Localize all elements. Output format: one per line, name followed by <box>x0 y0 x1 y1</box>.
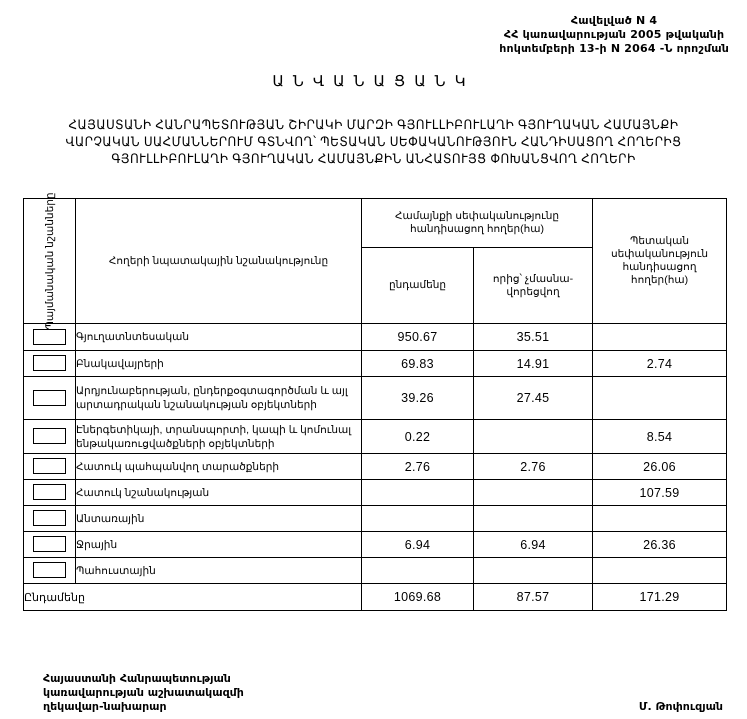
signatory-title-line-1: Հայաստանի Հանրապետության <box>43 672 244 686</box>
purpose-label: Բնակավայրերի <box>76 351 362 377</box>
symbol-cell <box>24 377 76 420</box>
table-row: Արդյունաբերության, ընդերքօգտագործման և ա… <box>24 377 727 420</box>
purpose-label: Գյուղատնտեսական <box>76 324 362 351</box>
subtitle-line-1: ՀԱՅԱՍՏԱՆԻ ՀԱՆՐԱՊԵՏՈՒԹՅԱՆ ՇԻՐԱԿԻ ՄԱՐԶԻ ԳՅ… <box>30 116 717 133</box>
purpose-label: Անտառային <box>76 506 362 532</box>
total-community: 1069.68 <box>362 584 474 611</box>
community-of-which <box>474 558 593 584</box>
community-of-which <box>474 506 593 532</box>
community-total: 69.83 <box>362 351 474 377</box>
community-total <box>362 558 474 584</box>
community-total: 950.67 <box>362 324 474 351</box>
table-row: Բնակավայրերի69.8314.912.74 <box>24 351 727 377</box>
legend-symbol-box <box>33 458 66 474</box>
purpose-label: Ջրային <box>76 532 362 558</box>
annex-line-2: ՀՀ կառավարության 2005 թվականի <box>499 28 729 42</box>
symbol-cell <box>24 506 76 532</box>
state-owned: 2.74 <box>593 351 727 377</box>
table-row: Հատուկ պահպանվող տարածքների2.762.7626.06 <box>24 454 727 480</box>
symbol-cell <box>24 420 76 454</box>
header-state-owned: Պետական սեփականություն հանդիսացող հողեր(… <box>593 199 727 324</box>
community-of-which: 35.51 <box>474 324 593 351</box>
land-allocation-table: Պայմանական նշանները Հողերի նպատակային նշ… <box>23 198 727 611</box>
purpose-label: Հատուկ նշանակության <box>76 480 362 506</box>
state-owned: 26.36 <box>593 532 727 558</box>
signatory-title-line-2: կառավարության աշխատակազմի <box>43 686 244 700</box>
state-owned <box>593 558 727 584</box>
community-of-which: 27.45 <box>474 377 593 420</box>
header-symbols: Պայմանական նշանները <box>24 199 76 324</box>
signatory-title-line-3: ղեկավար-նախարար <box>43 700 244 714</box>
purpose-label: Պահուստային <box>76 558 362 584</box>
table-row: Հատուկ նշանակության107.59 <box>24 480 727 506</box>
annex-reference: Հավելված N 4 ՀՀ կառավարության 2005 թվակա… <box>499 14 729 56</box>
community-of-which <box>474 420 593 454</box>
annex-line-1: Հավելված N 4 <box>499 14 729 28</box>
community-total: 2.76 <box>362 454 474 480</box>
purpose-label: Էներգետիկայի, տրանսպորտի, կապի և կոմունա… <box>76 420 362 454</box>
header-of-which: որից՝ չմասնա-վորեցվող <box>474 248 593 324</box>
community-total <box>362 506 474 532</box>
total-state: 171.29 <box>593 584 727 611</box>
community-of-which: 14.91 <box>474 351 593 377</box>
legend-symbol-box <box>33 484 66 500</box>
signatory-name: Մ. Թոփուզյան <box>639 700 723 713</box>
community-of-which <box>474 480 593 506</box>
legend-symbol-box <box>33 390 66 406</box>
total-of-which: 87.57 <box>474 584 593 611</box>
community-of-which: 2.76 <box>474 454 593 480</box>
purpose-label: Հատուկ պահպանվող տարածքների <box>76 454 362 480</box>
state-owned <box>593 506 727 532</box>
legend-symbol-box <box>33 329 66 345</box>
table-row: Գյուղատնտեսական950.6735.51 <box>24 324 727 351</box>
community-total <box>362 480 474 506</box>
document-subtitle: ՀԱՅԱՍՏԱՆԻ ՀԱՆՐԱՊԵՏՈՒԹՅԱՆ ՇԻՐԱԿԻ ՄԱՐԶԻ ԳՅ… <box>30 116 717 167</box>
state-owned: 26.06 <box>593 454 727 480</box>
subtitle-line-2: ՎԱՐՉԱԿԱՆ ՍԱՀՄԱՆՆԵՐՈՒՄ ԳՏՆՎՈՂ՝ ՊԵՏԱԿԱՆ ՍԵ… <box>30 133 717 150</box>
legend-symbol-box <box>33 562 66 578</box>
header-purpose: Հողերի նպատակային նշանակությունը <box>76 199 362 324</box>
symbol-cell <box>24 480 76 506</box>
community-of-which: 6.94 <box>474 532 593 558</box>
legend-symbol-box <box>33 536 66 552</box>
purpose-label: Արդյունաբերության, ընդերքօգտագործման և ա… <box>76 377 362 420</box>
table-row: Անտառային <box>24 506 727 532</box>
table-row: Ջրային6.946.9426.36 <box>24 532 727 558</box>
symbol-cell <box>24 558 76 584</box>
state-owned: 107.59 <box>593 480 727 506</box>
community-total: 0.22 <box>362 420 474 454</box>
signatory-title: Հայաստանի Հանրապետության կառավարության ա… <box>43 672 244 714</box>
header-symbols-text: Պայմանական նշանները <box>44 192 56 329</box>
annex-line-3: հոկտեմբերի 13-ի N 2064 -Ն որոշման <box>499 42 729 56</box>
document-title: ԱՆՎԱՆԱՑԱՆԿ <box>0 72 747 90</box>
total-label: Ընդամենը <box>24 584 362 611</box>
symbol-cell <box>24 454 76 480</box>
table-row: Պահուստային <box>24 558 727 584</box>
symbol-cell <box>24 532 76 558</box>
state-owned <box>593 324 727 351</box>
legend-symbol-box <box>33 510 66 526</box>
total-row: Ընդամենը 1069.68 87.57 171.29 <box>24 584 727 611</box>
table-row: Էներգետիկայի, տրանսպորտի, կապի և կոմունա… <box>24 420 727 454</box>
community-total: 39.26 <box>362 377 474 420</box>
header-community-group: Համայնքի սեփականությունը հանդիսացող հողե… <box>362 199 593 248</box>
community-total: 6.94 <box>362 532 474 558</box>
header-total: ընդամենը <box>362 248 474 324</box>
state-owned: 8.54 <box>593 420 727 454</box>
legend-symbol-box <box>33 355 66 371</box>
state-owned <box>593 377 727 420</box>
symbol-cell <box>24 351 76 377</box>
subtitle-line-3: ԳՅՈՒԼԼԻԲՈՒԼԱՂԻ ԳՅՈՒՂԱԿԱՆ ՀԱՄԱՅՆՔԻՆ ԱՆՀԱՏ… <box>30 150 717 167</box>
legend-symbol-box <box>33 428 66 444</box>
